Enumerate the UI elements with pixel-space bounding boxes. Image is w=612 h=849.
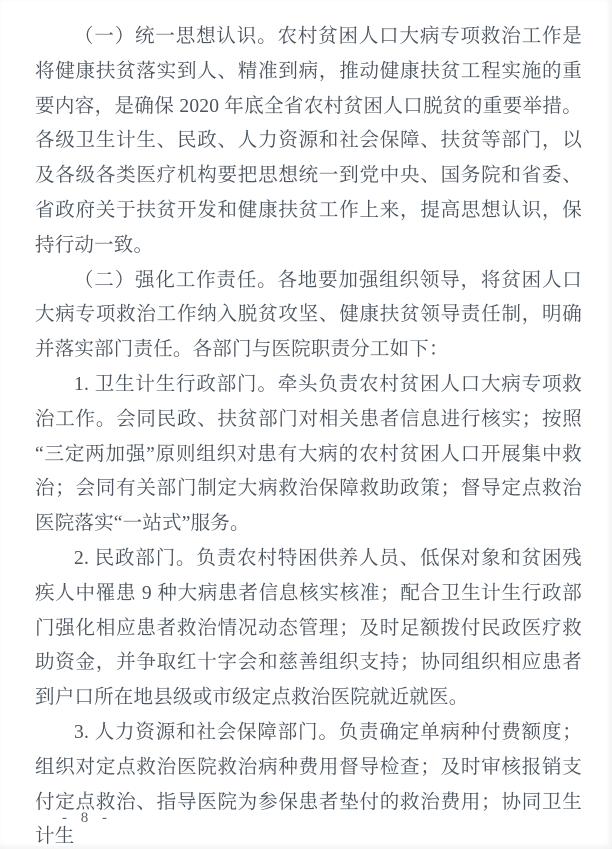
paragraph-item-1-health-dept: 1. 卫生计生行政部门。牵头负责农村贫困人口大病专项救治工作。会同民政、扶贫部门… — [35, 368, 582, 542]
paragraph-section-1: （一）统一思想认识。农村贫困人口大病专项救治工作是将健康扶贫落实到人、精准到病，… — [35, 20, 582, 264]
document-page: （一）统一思想认识。农村贫困人口大病专项救治工作是将健康扶贫落实到人、精准到病，… — [0, 0, 612, 849]
paragraph-item-3-hr-social-security-dept: 3. 人力资源和社会保障部门。负责确定单病种付费额度；组织对定点救治医院救治病种… — [35, 716, 582, 849]
paragraph-item-2-civil-affairs-dept: 2. 民政部门。负责农村特困供养人员、低保对象和贫困残疾人中罹患 9 种大病患者… — [35, 542, 582, 716]
page-number: - 8 - — [62, 810, 112, 827]
document-body: （一）统一思想认识。农村贫困人口大病专项救治工作是将健康扶贫落实到人、精准到病，… — [35, 20, 582, 849]
paragraph-section-2: （二）强化工作责任。各地要加强组织领导，将贫困人口大病专项救治工作纳入脱贫攻坚、… — [35, 264, 582, 368]
